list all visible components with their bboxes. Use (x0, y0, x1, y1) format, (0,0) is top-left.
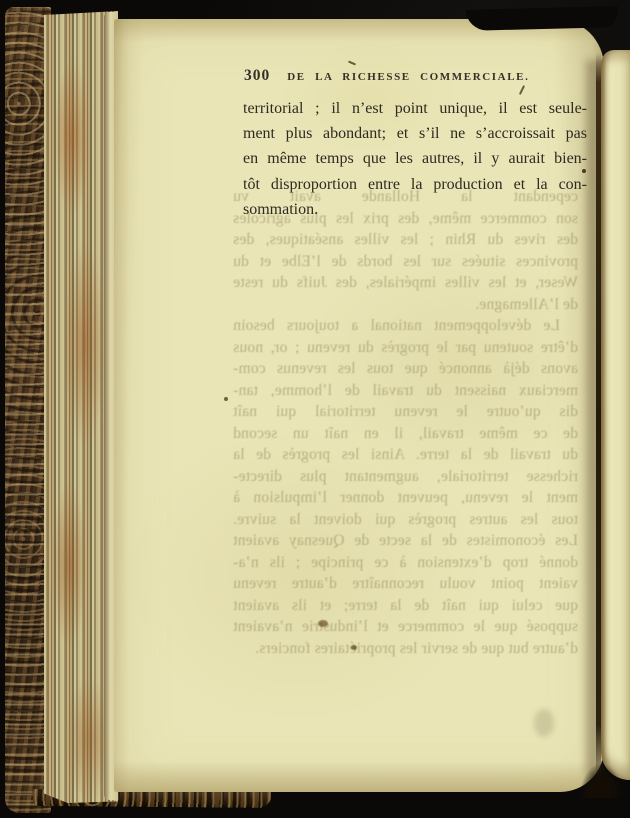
bleed-line: ment le revenu, peuvent donner l’impulsi… (233, 487, 578, 509)
ink-pen-mark (519, 85, 525, 95)
bleed-line: dis qu’outre le revenu territorial qui n… (233, 401, 578, 423)
page-crease-shading (114, 19, 140, 792)
bleed-line: Le développement national a toujours bes… (233, 315, 578, 337)
gutter-bottom-shadow (580, 764, 622, 798)
body-text: territorial ; il n’est point unique, il … (243, 96, 587, 222)
bleed-line: donné trop d’extension à ce principe ; i… (233, 552, 578, 574)
bleed-line: de ce même travail, il en naît un second (233, 423, 578, 445)
page-number: 300 (244, 67, 270, 85)
bleed-line: du travail de la terre. Ainsi les progrè… (233, 444, 578, 466)
bleedthrough-text: cependant la Hollande avait vu son comme… (233, 186, 578, 659)
running-title: DE LA RICHESSE COMMERCIALE. (287, 71, 529, 83)
bleed-line: de l’Allemagne. (233, 294, 578, 316)
ink-stain (318, 620, 328, 627)
page-header: 300 DE LA RICHESSE COMMERCIALE. (244, 67, 590, 85)
paper-speck (224, 397, 228, 401)
text-line: sommation. (243, 197, 587, 222)
bleed-line: des rives du Rhin ; les villes anséatiqu… (233, 229, 578, 251)
bleed-line: Weser, et les villes impériales, des Jui… (233, 272, 578, 294)
bleed-line: vaient point voulu reconnaître d’autre r… (233, 573, 578, 595)
facing-page-sliver (601, 50, 630, 780)
background-notch (466, 6, 618, 31)
text-line: tôt disproportion entre la production et… (243, 172, 587, 197)
bleed-line: d’autre but que de servir les propriétai… (233, 638, 578, 660)
paper-smudge (534, 709, 554, 737)
text-line: territorial ; il n’est point unique, il … (243, 96, 587, 121)
bleed-line: tous les autres progrès qui doivent la s… (233, 509, 578, 531)
bleed-line: d’être soutenu par le progrès du revenu … (233, 337, 578, 359)
bleed-line: provinces situées sur les bords de l’Elb… (233, 251, 578, 273)
book-photo: cependant la Hollande avait vu son comme… (0, 0, 630, 818)
bleed-line: merciaux naissent du travail de l’homme,… (233, 380, 578, 402)
book-page: cependant la Hollande avait vu son comme… (114, 19, 604, 792)
bleed-line: Les économistes de la secte de Quesnay a… (233, 530, 578, 552)
ink-stain (351, 645, 357, 650)
paper-fiber-speck (348, 60, 356, 65)
bleed-line: que celui qui naît de la terre; et ils a… (233, 595, 578, 617)
bleed-line: supposé que le commerce et l’industrie n… (233, 616, 578, 638)
bleed-line: avons déjà annoncé que tous les revenus … (233, 358, 578, 380)
bleed-line: richesse territoriale, augmentant plus d… (233, 466, 578, 488)
text-line: ment plus abondant; et s’il ne s’accrois… (243, 121, 587, 146)
text-line: en même temps que les autres, il y aurai… (243, 146, 587, 171)
